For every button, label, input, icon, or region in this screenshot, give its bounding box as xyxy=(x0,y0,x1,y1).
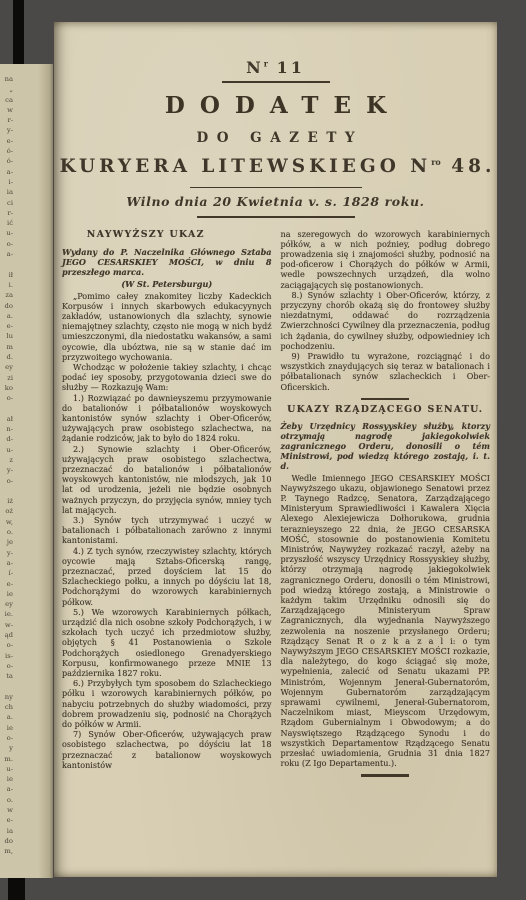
text-fragment: y- xyxy=(0,465,13,475)
text-fragment: ić xyxy=(0,218,13,228)
text-fragment: a- xyxy=(0,784,13,794)
paragraph: 9) Prawidło tu wyrażone, rozciągnąć i do… xyxy=(281,351,491,392)
paragraph: Wchodząc w położenie takiey szlachty, i … xyxy=(62,362,272,393)
text-fragment: do xyxy=(0,301,13,311)
paragraph: 2.) Synowie szlachty i Ober-Oficerów, uż… xyxy=(62,444,272,515)
text-fragment: o- xyxy=(0,661,13,671)
paragraph: 6.) Przybyłych tym sposobem do Szlacheck… xyxy=(62,678,272,729)
text-fragment: ie xyxy=(0,723,13,733)
text-fragment xyxy=(0,259,13,269)
text-fragment: o- xyxy=(0,239,13,249)
paragraph: 7) Synów Ober-Oficerów, używających praw… xyxy=(62,729,272,770)
paragraph: Wedle Imiennego JEGO CESARSKIEY MOŚCI Na… xyxy=(281,473,491,769)
masthead-rule-middle xyxy=(190,187,362,189)
text-fragment: m. xyxy=(0,754,13,764)
text-fragment: ey xyxy=(0,599,13,609)
text-fragment xyxy=(0,404,13,414)
paragraph: Żeby Urzędnicy Rossyyskiey służby, ktorz… xyxy=(281,421,491,472)
text-fragment: í- xyxy=(0,568,13,578)
text-fragment: e- xyxy=(0,321,13,331)
text-fragment: za xyxy=(0,290,13,300)
text-fragment: do xyxy=(0,836,13,846)
text-fragment: lu xyxy=(0,331,13,341)
text-fragment: n- xyxy=(0,424,13,434)
text-fragment: o- xyxy=(0,640,13,650)
text-fragment: je xyxy=(0,537,13,547)
text-fragment: a. xyxy=(0,712,13,722)
text-fragment: m xyxy=(0,342,13,352)
text-fragment: ó- xyxy=(0,156,13,166)
left-column: NAYWYŻSZY UKAZWydany do P. Naczelnika Gł… xyxy=(62,229,272,783)
issue-number-sup: r xyxy=(264,59,268,69)
text-fragment: „ xyxy=(0,84,13,94)
text-fragment: u- xyxy=(0,764,13,774)
dateline: Wilno dnia 20 Kwietnia v. s. 1828 roku. xyxy=(54,194,497,209)
issue-number-value: 11 xyxy=(277,58,305,77)
text-fragment: o. xyxy=(0,527,13,537)
text-fragment: zi xyxy=(0,373,13,383)
issue-number: Nr 11 xyxy=(54,58,497,77)
text-fragment: r- xyxy=(0,208,13,218)
text-fragment: a. xyxy=(0,311,13,321)
gazette-name: KURYERA LITEWSKIEGO xyxy=(60,156,400,177)
paragraph: na szeregowych do wzorowych karabinierny… xyxy=(281,229,491,290)
paragraph: 8.) Synów szlachty i Ober-Oficerów, któr… xyxy=(281,290,491,351)
paragraph: (W St. Petersburgu) xyxy=(62,279,272,289)
text-fragment: oż xyxy=(0,506,13,516)
text-fragment: na xyxy=(0,74,13,84)
adjacent-page-text-fragments: na„cawr-y-e-ó-ó-a-i-iacir-iću-o-a- iłi.z… xyxy=(0,74,13,864)
text-fragment: a- xyxy=(0,249,13,259)
paragraph: 3.) Synów tych utrzymywać i uczyć w bata… xyxy=(62,515,272,546)
section-heading: UKAZY RZĄDZĄCEGO SENATU. xyxy=(281,405,491,415)
section-divider xyxy=(361,774,409,777)
text-fragment: e- xyxy=(0,136,13,146)
gazette-number-n: N xyxy=(410,156,431,177)
text-fragment: ey xyxy=(0,362,13,372)
text-fragment: r- xyxy=(0,115,13,125)
text-fragment: e- xyxy=(0,815,13,825)
text-fragment: ci xyxy=(0,198,13,208)
text-fragment: ia xyxy=(0,826,13,836)
right-column: na szeregowych do wzorowych karabinierny… xyxy=(281,229,491,783)
text-fragment: ie xyxy=(0,589,13,599)
text-fragment: o- xyxy=(0,393,13,403)
text-fragment: ch xyxy=(0,702,13,712)
text-fragment: a- xyxy=(0,167,13,177)
text-fragment: is- xyxy=(0,651,13,661)
paragraph: 4.) Z tych synów, rzeczywistey szlachty,… xyxy=(62,546,272,607)
text-fragment: m, xyxy=(0,846,13,856)
text-fragment: w xyxy=(0,805,13,815)
text-fragment: d. xyxy=(0,352,13,362)
text-fragment xyxy=(0,682,13,692)
text-fragment: z xyxy=(0,455,13,465)
newspaper-page: Nr 11 DODATEK DO GAZETY KURYERA LITEWSKI… xyxy=(54,22,497,877)
gazette-number-sup: ro xyxy=(431,156,441,166)
masthead-rule-top xyxy=(222,81,330,83)
binder-strip-top xyxy=(13,0,24,64)
article-columns: NAYWYŻSZY UKAZWydany do P. Naczelnika Gł… xyxy=(54,218,497,783)
text-fragment: ie xyxy=(0,774,13,784)
masthead: Nr 11 DODATEK DO GAZETY KURYERA LITEWSKI… xyxy=(54,22,497,218)
gazette-number-value: 48. xyxy=(451,156,495,177)
issue-number-n: N xyxy=(246,58,264,77)
text-fragment: ta xyxy=(0,671,13,681)
masthead-title: DODATEK xyxy=(54,92,512,119)
text-fragment: o- xyxy=(0,733,13,743)
text-fragment: ny xyxy=(0,692,13,702)
text-fragment: y- xyxy=(0,125,13,135)
text-fragment: w, xyxy=(0,517,13,527)
text-fragment: ó- xyxy=(0,146,13,156)
paragraph: „Pomimo całey znakomitey liczby Kadeckic… xyxy=(62,291,272,362)
scanned-newspaper-screenshot: { "colors":{"background":"#4a4947","pape… xyxy=(0,0,526,900)
text-fragment: y- xyxy=(0,548,13,558)
section-heading: NAYWYŻSZY UKAZ xyxy=(62,230,272,240)
section-divider xyxy=(361,398,409,401)
text-fragment: o- xyxy=(0,476,13,486)
text-fragment: ko xyxy=(0,383,13,393)
text-fragment xyxy=(0,486,13,496)
text-fragment: ie. xyxy=(0,609,13,619)
text-fragment: o. xyxy=(0,795,13,805)
text-fragment: ia xyxy=(0,187,13,197)
text-fragment: w- xyxy=(0,620,13,630)
text-fragment: u- xyxy=(0,445,13,455)
text-fragment: y xyxy=(0,743,13,753)
text-fragment: u- xyxy=(0,228,13,238)
paragraph: 1.) Rozwiązać po dawnieyszemu przyymowan… xyxy=(62,393,272,444)
text-fragment: ąd xyxy=(0,630,13,640)
text-fragment: a- xyxy=(0,558,13,568)
text-fragment: ca xyxy=(0,95,13,105)
masthead-subtitle: DO GAZETY xyxy=(54,130,506,146)
text-fragment: ił xyxy=(0,270,13,280)
paragraph: Wydany do P. Naczelnika Głównego Sztaba … xyxy=(62,247,272,278)
paragraph: 5.) We wzorowych Karabiniernych półkach,… xyxy=(62,607,272,678)
masthead-gazette-line: KURYERA LITEWSKIEGO Nro 48. xyxy=(54,156,501,177)
text-fragment: i. xyxy=(0,280,13,290)
text-fragment: i- xyxy=(0,177,13,187)
text-fragment: e- xyxy=(0,579,13,589)
text-fragment: w xyxy=(0,105,13,115)
adjacent-page-edge: na„cawr-y-e-ó-ó-a-i-iacir-iću-o-a- iłi.z… xyxy=(0,64,53,878)
text-fragment: iż xyxy=(0,496,13,506)
text-fragment: ał xyxy=(0,414,13,424)
text-fragment: d- xyxy=(0,434,13,444)
